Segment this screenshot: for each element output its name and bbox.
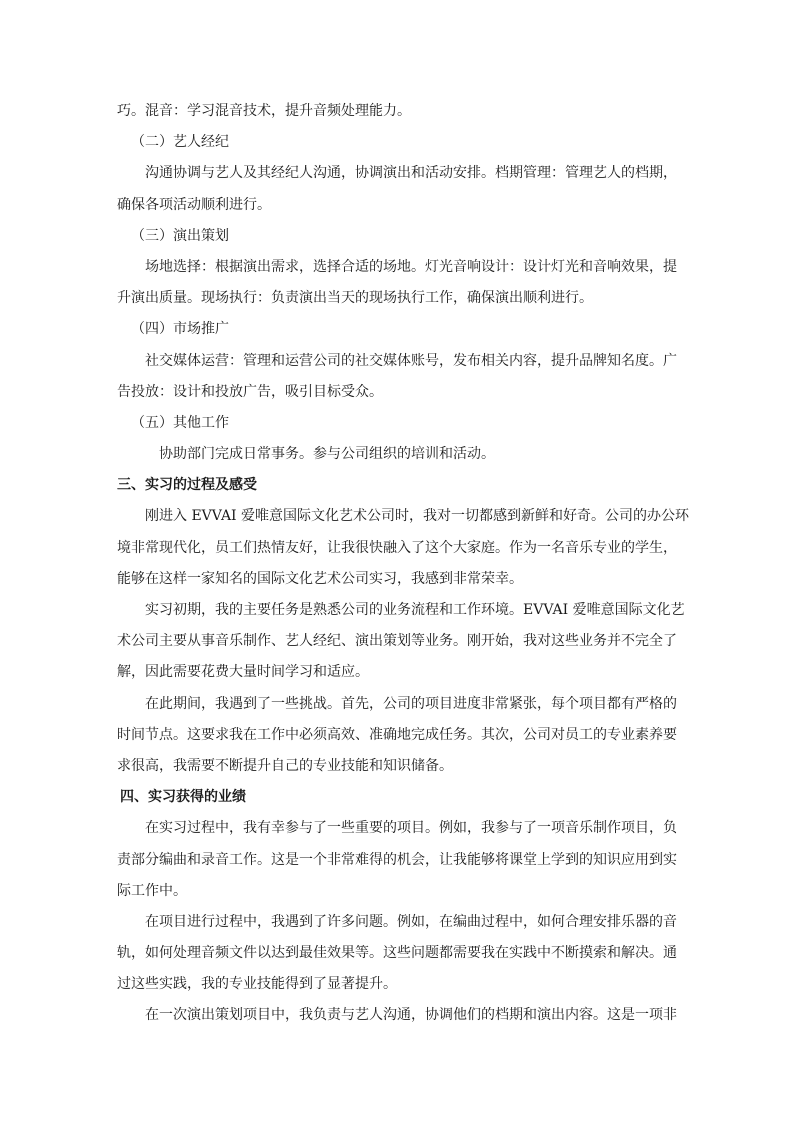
subsection-title-performance-planning: （三）演出策划: [117, 221, 679, 252]
paragraph-line: 协助部门完成日常事务。参与公司组织的培训和活动。: [117, 439, 679, 470]
paragraph-line: 际工作中。: [117, 876, 679, 907]
paragraph-line: 沟通协调与艺人及其经纪人沟通，协调演出和活动安排。档期管理：管理艺人的档期，: [117, 158, 679, 189]
paragraph-line: 场地选择：根据演出需求，选择合适的场地。灯光音响设计：设计灯光和音响效果，提: [117, 252, 679, 283]
paragraph-line: 社交媒体运营：管理和运营公司的社交媒体账号，发布相关内容，提升品牌知名度。广: [117, 346, 679, 377]
document-page: 巧。混音：学习混音技术，提升音频处理能力。 （二）艺人经纪 沟通协调与艺人及其经…: [117, 96, 679, 1032]
paragraph-line: 告投放：设计和投放广告，吸引目标受众。: [117, 377, 679, 408]
paragraph-line: 能够在这样一家知名的国际文化艺术公司实习，我感到非常荣幸。: [117, 564, 679, 595]
paragraph-line: 在项目进行过程中，我遇到了许多问题。例如，在编曲过程中，如何合理安排乐器的音: [117, 907, 679, 938]
paragraph-line: 责部分编曲和录音工作。这是一个非常难得的机会，让我能够将课堂上学到的知识应用到实: [117, 845, 679, 876]
subsection-title-artist-management: （二）艺人经纪: [117, 127, 679, 158]
paragraph-line: 解，因此需要花费大量时间学习和适应。: [117, 657, 679, 688]
paragraph-line: 在一次演出策划项目中，我负责与艺人沟通，协调他们的档期和演出内容。这是一项非: [117, 1000, 679, 1031]
paragraph-line: 确保各项活动顺利进行。: [117, 190, 679, 221]
section-heading-achievements: 四、实习获得的业绩: [117, 782, 679, 813]
section-heading-process: 三、实习的过程及感受: [117, 470, 679, 501]
paragraph-line: 过这些实践，我的专业技能得到了显著提升。: [117, 969, 679, 1000]
paragraph-line: 求很高，我需要不断提升自己的专业技能和知识储备。: [117, 751, 679, 782]
paragraph-line: 轨，如何处理音频文件以达到最佳效果等。这些问题都需要我在实践中不断摸索和解决。通: [117, 938, 679, 969]
paragraph-continuation: 巧。混音：学习混音技术，提升音频处理能力。: [117, 96, 679, 127]
paragraph-line: 刚进入 EVVAI 爱唯意国际文化艺术公司时，我对一切都感到新鲜和好奇。公司的办…: [117, 501, 679, 532]
subsection-title-marketing: （四）市场推广: [117, 314, 679, 345]
paragraph-line: 实习初期，我的主要任务是熟悉公司的业务流程和工作环境。EVVAI 爱唯意国际文化…: [117, 595, 679, 626]
paragraph-line: 术公司主要从事音乐制作、艺人经纪、演出策划等业务。刚开始，我对这些业务并不完全了: [117, 626, 679, 657]
paragraph-line: 时间节点。这要求我在工作中必须高效、准确地完成任务。其次，公司对员工的专业素养要: [117, 720, 679, 751]
paragraph-line: 境非常现代化，员工们热情友好，让我很快融入了这个大家庭。作为一名音乐专业的学生，: [117, 533, 679, 564]
paragraph-line: 在此期间，我遇到了一些挑战。首先，公司的项目进度非常紧张，每个项目都有严格的: [117, 689, 679, 720]
subsection-title-other-work: （五）其他工作: [117, 408, 679, 439]
paragraph-line: 升演出质量。现场执行：负责演出当天的现场执行工作，确保演出顺利进行。: [117, 283, 679, 314]
paragraph-line: 在实习过程中，我有幸参与了一些重要的项目。例如，我参与了一项音乐制作项目，负: [117, 813, 679, 844]
